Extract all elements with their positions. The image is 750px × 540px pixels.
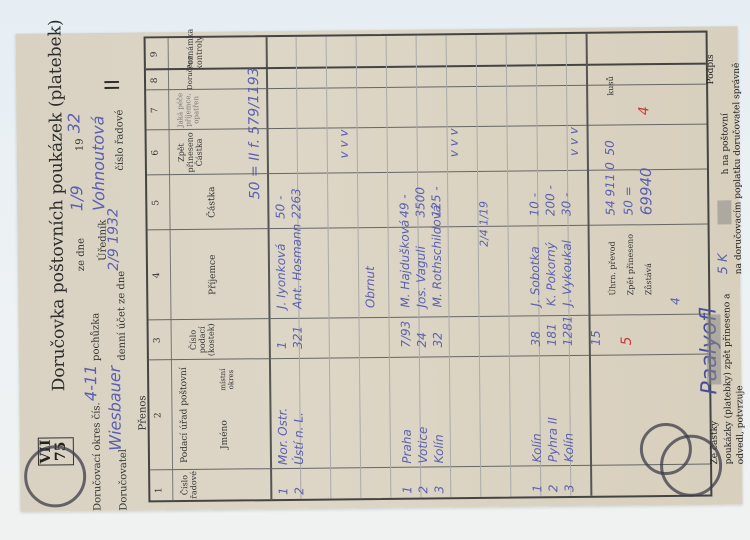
- cislo-radove-label: číslo řadové: [114, 110, 126, 171]
- row-8-no: 3: [562, 484, 576, 492]
- zpet-value: 50 =: [621, 186, 635, 215]
- row-rule: [446, 35, 452, 497]
- cislo-radove-value: II: [100, 79, 124, 91]
- row-7-amount: 200 -: [543, 185, 557, 216]
- received-stamp: [640, 423, 693, 476]
- row-7-office: Pyhra II: [546, 417, 560, 462]
- col-sep: [150, 464, 710, 471]
- row-2-num: 321: [291, 326, 305, 349]
- col-9-label: Poznámka kontroly: [186, 38, 204, 70]
- col-2-sub-district: místní okres: [219, 360, 235, 400]
- col-7-label: Jaká péče příjemce, opatřen: [176, 90, 200, 130]
- row-rule: [326, 37, 332, 499]
- row-2-amount: 2263: [289, 188, 303, 219]
- col-sep: [146, 63, 706, 71]
- row-rule: [476, 35, 482, 497]
- header-bottom-line: [266, 37, 273, 499]
- postal-form-paper: Doručovka poštovních poukázek (platebek)…: [16, 26, 743, 512]
- col-2-label: Podací úřad poštovní: [179, 360, 190, 470]
- signature-note: Obrnut: [363, 266, 377, 308]
- odvod-label: odvedl, potvrzuje: [735, 385, 746, 464]
- uhrn-value: 54 911 0: [603, 162, 618, 216]
- dorucovatel-label: Doručovatel: [118, 449, 130, 511]
- col-4-num: 4: [152, 230, 163, 320]
- col-9-num: 9: [150, 38, 160, 70]
- row-6-amount: 10 -: [527, 193, 541, 217]
- row-6-num: 38: [529, 331, 543, 346]
- denni-ucet-value: 2/9 1932: [105, 208, 122, 271]
- redaction-bar-small: [717, 200, 731, 224]
- uhrn-k: 50: [603, 140, 617, 155]
- row-7-num: 181: [545, 323, 559, 346]
- col-sep: [147, 124, 707, 131]
- kusu-label: kusů: [606, 76, 615, 95]
- col-3-label: Číslo podací (kostek): [189, 320, 216, 360]
- zustava-value: 69940: [637, 167, 655, 215]
- sum-note: 50 = II f. 579/1193: [246, 67, 263, 199]
- col-1-num: 1: [154, 480, 164, 500]
- zustava-label: Zůstává: [644, 263, 653, 295]
- row-1-office: Mor. Ostr.: [275, 408, 290, 465]
- postal-form-rotated: Doručovka poštovních poukázek (platebek)…: [16, 26, 743, 512]
- form-title: Doručovka poštovních poukázek (platebek): [45, 19, 69, 391]
- col-sep: [149, 314, 709, 321]
- zpet-label: Zpět přineseno: [626, 234, 636, 295]
- row-5-office: Kolín: [432, 434, 446, 463]
- obvod-value: 4-11: [81, 365, 100, 402]
- row-3-num: 7/93: [399, 321, 413, 348]
- check-marks-3: v v v: [567, 127, 581, 156]
- col-2-sub-name: Jméno: [219, 400, 230, 470]
- year-prefix: 19: [75, 138, 86, 151]
- urednik-value: Vohnoutová: [88, 115, 108, 211]
- row-7-no: 2: [546, 484, 560, 492]
- row-5-amount: 125 -: [429, 186, 443, 217]
- col-sep: [149, 354, 709, 361]
- row-3-office: Praha: [400, 429, 414, 464]
- row-8-num: 1281: [560, 315, 574, 346]
- dorucovatel-value: Wiesbauer: [105, 366, 125, 451]
- count-15: 15: [589, 330, 603, 345]
- row-7-recipient: K. Pokorný: [544, 242, 559, 306]
- row-4-num: 24: [415, 332, 429, 347]
- h-label: h na poštovní: [720, 113, 731, 174]
- col-5-num: 5: [151, 175, 162, 230]
- row-4-no: 2: [416, 486, 430, 494]
- count-4: 4: [668, 297, 682, 305]
- col-3-num: 3: [153, 320, 163, 360]
- row-rule: [386, 36, 392, 498]
- footer-line-2-value: 5 K: [716, 253, 731, 274]
- row-6-recipient: J. Sobotka: [528, 246, 543, 306]
- row-4-recipient: Jos. Vaguli: [414, 246, 429, 308]
- header-line: [168, 38, 174, 500]
- col-1-label: Číslo řadové: [180, 470, 198, 500]
- col-sep: [148, 224, 708, 231]
- redaction-bar: [706, 314, 721, 384]
- left-postal-stamp: [24, 445, 87, 508]
- totals-rule: [586, 34, 593, 496]
- row-1-no: 1: [276, 487, 290, 495]
- col-sep: [147, 169, 707, 176]
- row-3-amount: 49 -: [397, 194, 411, 218]
- col-7-num: 7: [150, 90, 160, 130]
- row-4-amount: 3500: [413, 187, 427, 218]
- row-3-recipient: M. Hajdušková: [397, 220, 412, 308]
- row-5-no: 3: [432, 486, 446, 494]
- year-value: 32: [64, 113, 83, 134]
- row-8-amount: 30 -: [559, 193, 573, 217]
- row-8-office: Kolín: [562, 433, 576, 462]
- col-6-label: Zpět přineseno Částka: [177, 130, 204, 175]
- col-sep: [146, 84, 706, 91]
- check-marks-2: v v v: [447, 128, 461, 157]
- row-3-no: 1: [400, 486, 414, 494]
- podpis-label: Podpis: [706, 54, 716, 84]
- col-4-label: Příjemce: [208, 230, 219, 320]
- date-note: 2/4 1/19: [477, 201, 490, 247]
- col-6-num: 6: [151, 130, 161, 175]
- footer-line-2: poukázky (platebky) zpět přineseno a: [722, 293, 734, 464]
- row-8-recipient: J. Vykoukal: [560, 240, 575, 306]
- red-note: 4: [636, 106, 652, 115]
- pochuzka-label: pochůzka: [90, 313, 102, 361]
- row-rule: [356, 36, 362, 498]
- denni-ucet-label: denní účet ze dne: [116, 271, 128, 361]
- col-8-num: 8: [150, 70, 160, 90]
- uhrn-label: Úhrn. převod: [608, 241, 618, 295]
- form-table: 1 Číslo řadové 2 Podací úřad poštovní Jm…: [144, 31, 713, 503]
- row-6-office: Kolín: [530, 433, 544, 462]
- ze-dne-value: 1/9: [67, 185, 86, 211]
- row-1-num: 1: [275, 341, 289, 349]
- row-2-no: 2: [292, 487, 306, 495]
- row-6-no: 1: [530, 485, 544, 493]
- row-2-recipient: Ant. Hosmann: [290, 224, 305, 309]
- col-5-label: Částka: [207, 175, 218, 230]
- col-2-num: 2: [153, 360, 164, 470]
- row-1-amount: 50 -: [273, 196, 287, 220]
- ze-dne-label: ze dne: [76, 238, 87, 271]
- obvod-label: Doručovací okres čís.: [91, 402, 103, 511]
- count-red-5: 5: [619, 336, 635, 345]
- row-rule: [506, 35, 512, 497]
- row-5-recipient: M. Rothschildová: [429, 205, 444, 308]
- col-8-label: Doručeno: [186, 70, 194, 90]
- row-5-num: 32: [431, 332, 445, 347]
- row-1-recipient: J. Iyonková: [274, 243, 289, 309]
- dorucovaci-note: na doručovacím poplatku doručovatel sprá…: [732, 63, 744, 275]
- row-4-office: Votice: [416, 427, 430, 464]
- check-marks-1: v v v: [337, 129, 351, 158]
- row-2-office: Ústí n. L.: [291, 412, 306, 465]
